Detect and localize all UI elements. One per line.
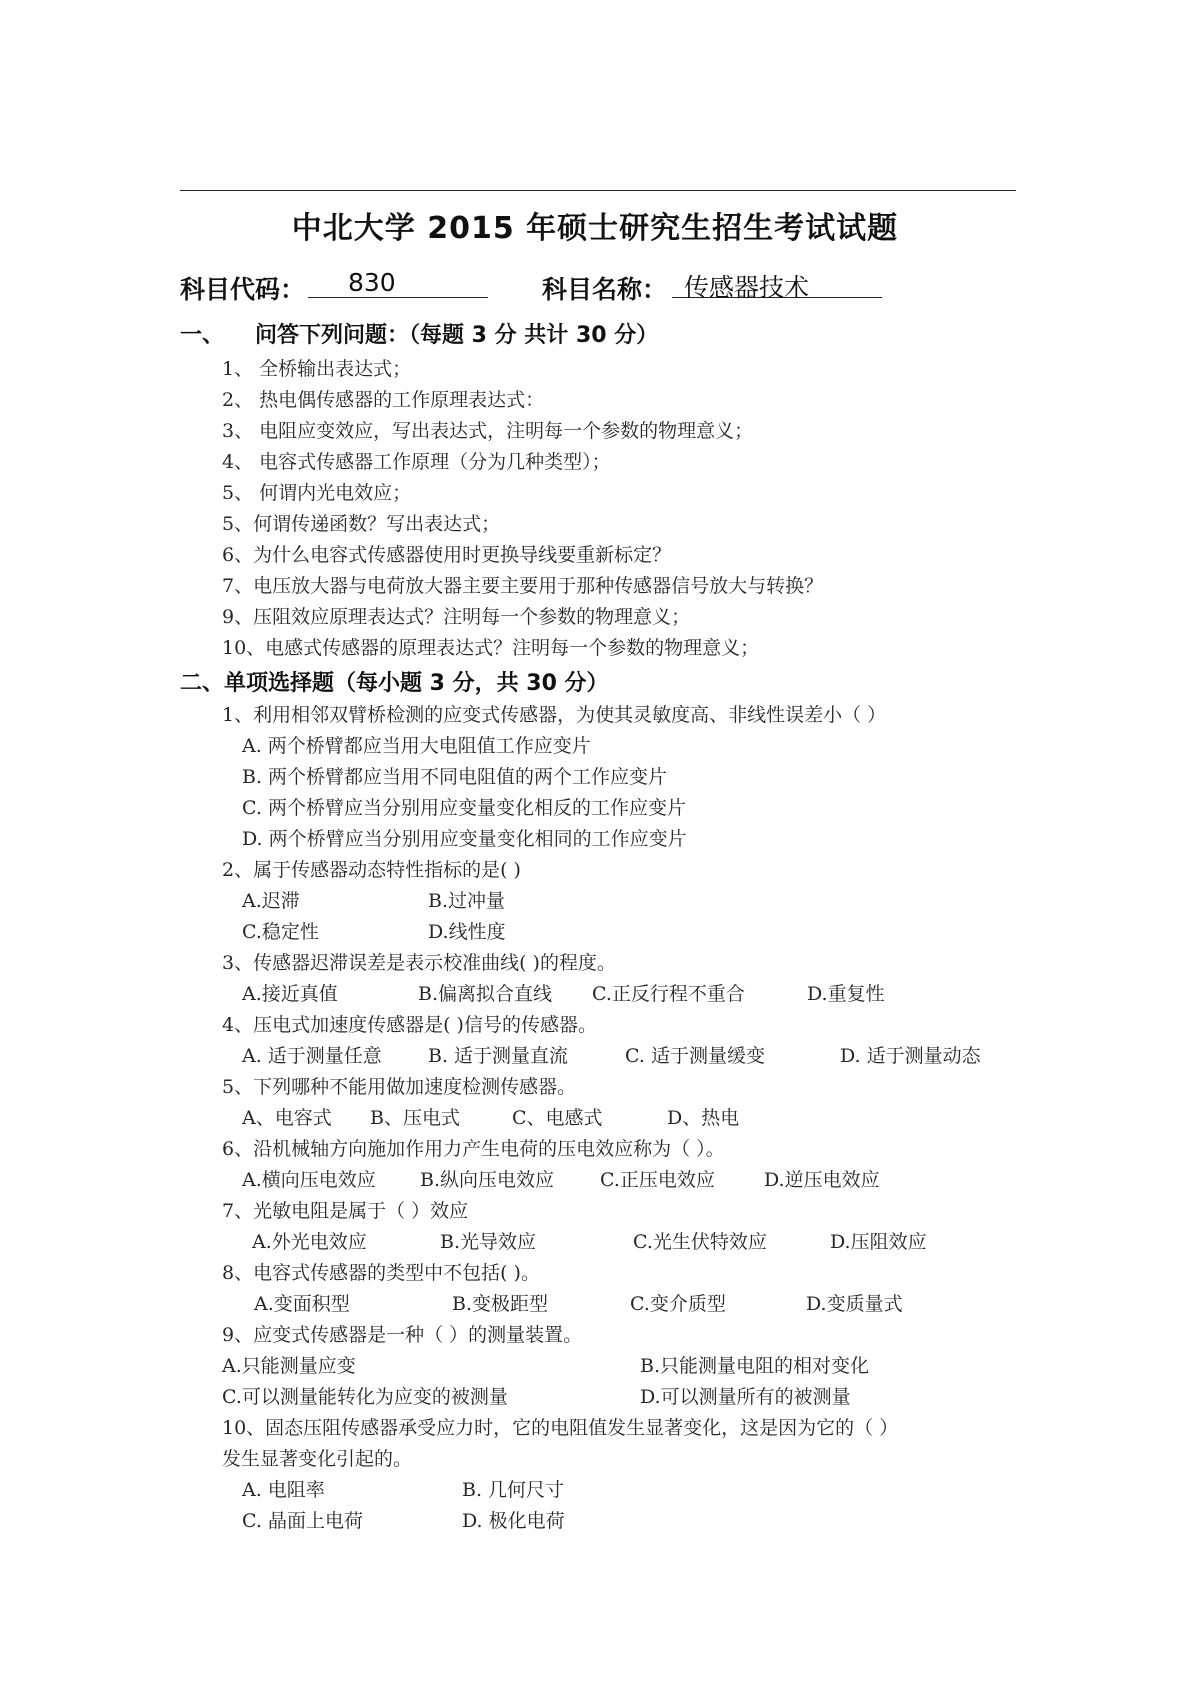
s2-option: A.横向压电效应 xyxy=(242,1165,376,1192)
s2-option: B.变极距型 xyxy=(452,1289,548,1316)
s1-question: 9、压阻效应原理表达式？注明每一个参数的物理意义； xyxy=(222,602,690,629)
s2-option: C.稳定性 xyxy=(242,917,319,944)
s2-option: C. 晶面上电荷 xyxy=(242,1506,363,1533)
s1-question: 4、 电容式传感器工作原理（分为几种类型）； xyxy=(222,447,611,474)
section2-heading: 二、单项选择题（每小题 3 分，共 30 分） xyxy=(180,666,609,697)
s2-option: C.正反行程不重合 xyxy=(592,979,745,1006)
s2-option: A.只能测量应变 xyxy=(222,1351,356,1378)
s2-question-stem: 7、光敏电阻是属于（ ）效应 xyxy=(222,1196,468,1223)
s2-option: D.线性度 xyxy=(428,917,506,944)
s2-question-stem: 2、属于传感器动态特性指标的是( ) xyxy=(222,855,521,882)
s2-option: C.光生伏特效应 xyxy=(633,1227,767,1254)
s2-option: D.逆压电效应 xyxy=(764,1165,880,1192)
s1-question: 10、电感式传感器的原理表达式？注明每一个参数的物理意义； xyxy=(222,633,759,660)
s1-question: 1、 全桥输出表达式； xyxy=(222,354,411,381)
s2-option: C. 两个桥臂应当分别用应变量变化相反的工作应变片 xyxy=(242,793,686,820)
s2-question-stem: 3、传感器迟滞误差是表示校准曲线( )的程度。 xyxy=(222,948,616,975)
s2-option: B.只能测量电阻的相对变化 xyxy=(640,1351,869,1378)
s1-question: 6、为什么电容式传感器使用时更换导线要重新标定？ xyxy=(222,540,671,567)
s2-question-stem: 5、下列哪种不能用做加速度检测传感器。 xyxy=(222,1072,576,1099)
s2-option: C.变介质型 xyxy=(630,1289,726,1316)
s2-option: A. 电阻率 xyxy=(242,1475,325,1502)
s2-option: A.迟滞 xyxy=(242,886,300,913)
s2-option: D、热电 xyxy=(667,1103,739,1130)
s2-option: C. 适于测量缓变 xyxy=(625,1041,765,1068)
subject-name-label: 科目名称： xyxy=(542,270,667,306)
s2-option: D.变质量式 xyxy=(806,1289,903,1316)
s2-option: A、电容式 xyxy=(242,1103,332,1130)
s1-question: 3、 电阻应变效应，写出表达式，注明每一个参数的物理意义； xyxy=(222,416,753,443)
s2-question-stem: 9、应变式传感器是一种（ ）的测量装置。 xyxy=(222,1320,582,1347)
s2-question-stem: 6、沿机械轴方向施加作用力产生电荷的压电效应称为（ ）。 xyxy=(222,1134,725,1161)
header-rule xyxy=(180,190,1016,191)
s2-option: A.外光电效应 xyxy=(252,1227,367,1254)
s2-option: D.重复性 xyxy=(807,979,885,1006)
s2-option: D. 两个桥臂应当分别用应变量变化相同的工作应变片 xyxy=(242,824,687,851)
s2-option: B.偏离拟合直线 xyxy=(418,979,552,1006)
subject-code-label: 科目代码： xyxy=(180,270,305,306)
s2-option: D.压阻效应 xyxy=(830,1227,927,1254)
s2-option: B、压电式 xyxy=(370,1103,460,1130)
s2-option: C.正压电效应 xyxy=(600,1165,715,1192)
s2-option: B. 几何尺寸 xyxy=(462,1475,564,1502)
s1-question: 7、电压放大器与电荷放大器主要主要用于那种传感器信号放大与转换？ xyxy=(222,571,823,598)
s2-option: C.可以测量能转化为应变的被测量 xyxy=(222,1382,508,1409)
s2-option: A. 适于测量任意 xyxy=(242,1041,382,1068)
s2-question-stem: 4、压电式加速度传感器是( )信号的传感器。 xyxy=(222,1010,597,1037)
s2-option: A. 两个桥臂都应当用大电阻值工作应变片 xyxy=(242,731,591,758)
s2-option: B.光导效应 xyxy=(440,1227,536,1254)
subject-name-value: 传感器技术 xyxy=(672,268,882,298)
s2-option: D. 极化电荷 xyxy=(462,1506,565,1533)
s2-question-stem: 10、固态压阻传感器承受应力时，它的电阻值发生显著变化，这是因为它的（ ） xyxy=(222,1413,898,1440)
s2-option: C、电感式 xyxy=(512,1103,603,1130)
s2-option: D.可以测量所有的被测量 xyxy=(640,1382,851,1409)
s2-question-stem: 1、利用相邻双臂桥检测的应变式传感器，为使其灵敏度高、非线性误差小（ ） xyxy=(222,700,886,727)
exam-title: 中北大学 2015 年硕士研究生招生考试试题 xyxy=(0,203,1190,247)
s2-option: B. 适于测量直流 xyxy=(428,1041,568,1068)
subject-code-value: 830 xyxy=(308,268,488,298)
s2-option: A.变面积型 xyxy=(254,1289,350,1316)
section1-heading: 问答下列问题：（每题 3 分 共计 30 分） xyxy=(255,318,658,349)
s2-option: D. 适于测量动态 xyxy=(840,1041,981,1068)
s2-option: B.纵向压电效应 xyxy=(420,1165,554,1192)
s2-question-stem: 8、电容式传感器的类型中不包括( )。 xyxy=(222,1258,540,1285)
s1-question: 2、 热电偶传感器的工作原理表达式： xyxy=(222,385,544,412)
section1-number: 一、 xyxy=(180,318,224,349)
s2-option: B. 两个桥臂都应当用不同电阻值的两个工作应变片 xyxy=(242,762,667,789)
s2-question-stem-continued: 发生显著变化引起的。 xyxy=(222,1444,412,1471)
s1-question: 5、何谓传递函数？写出表达式； xyxy=(222,509,500,536)
s1-question: 5、 何谓内光电效应； xyxy=(222,478,411,505)
s2-option: B.过冲量 xyxy=(428,886,505,913)
s2-option: A.接近真值 xyxy=(242,979,338,1006)
